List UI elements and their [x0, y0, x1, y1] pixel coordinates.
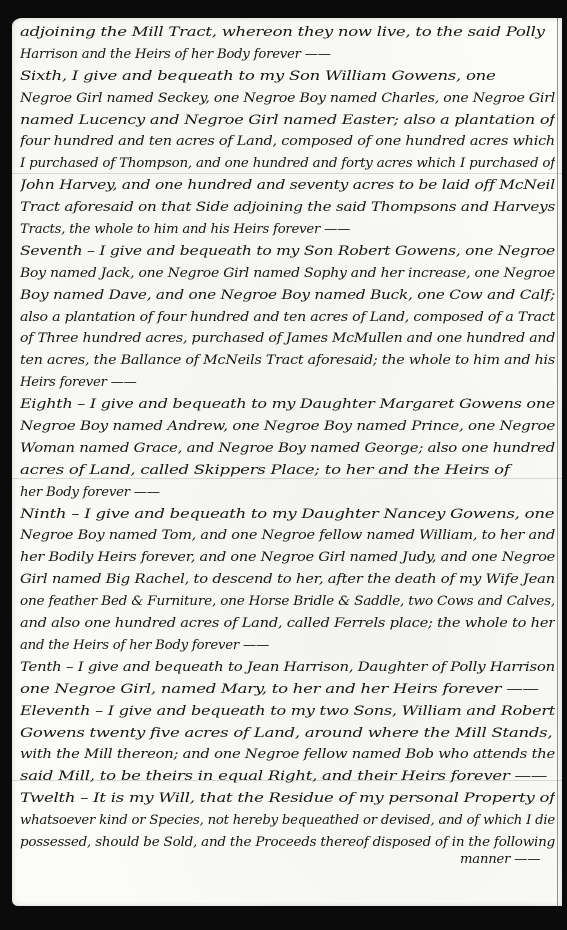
- text-line: Sixth, I give and bequeath to my Son Wil…: [20, 66, 555, 88]
- text-line: acres of Land, called Skippers Place; to…: [20, 460, 555, 482]
- text-line: ten acres, the Ballance of McNeils Tract…: [20, 350, 555, 372]
- text-line: Tenth – I give and bequeath to Jean Harr…: [20, 657, 555, 679]
- text-line: one Negroe Girl, named Mary, to her and …: [20, 679, 555, 701]
- scanned-document: adjoining the Mill Tract, whereon they n…: [0, 0, 567, 930]
- text-line: Harrison and the Heirs of her Body forev…: [20, 44, 555, 66]
- text-line: her Bodily Heirs forever, and one Negroe…: [20, 547, 555, 569]
- handwritten-text: adjoining the Mill Tract, whereon they n…: [20, 22, 555, 868]
- page-fold-vertical: [557, 18, 558, 906]
- text-line: Negroe Girl named Seckey, one Negroe Boy…: [20, 88, 555, 110]
- text-line: Gowens twenty five acres of Land, around…: [20, 723, 555, 745]
- text-line: one feather Bed & Furniture, one Horse B…: [20, 591, 555, 613]
- text-line: Woman named Grace, and Negroe Boy named …: [20, 438, 555, 460]
- text-line: manner ——: [20, 854, 555, 868]
- text-line: Negroe Boy named Tom, and one Negroe fel…: [20, 525, 555, 547]
- text-line: four hundred and ten acres of Land, comp…: [20, 131, 555, 153]
- text-line: Twelth – It is my Will, that the Residue…: [20, 788, 555, 810]
- text-line: adjoining the Mill Tract, whereon they n…: [20, 22, 555, 44]
- text-line: Ninth – I give and bequeath to my Daught…: [20, 504, 555, 526]
- text-line: Seventh – I give and bequeath to my Son …: [20, 241, 555, 263]
- text-line: and the Heirs of her Body forever ——: [20, 635, 555, 657]
- text-line: named Lucency and Negroe Girl named East…: [20, 110, 555, 132]
- text-line: John Harvey, and one hundred and seventy…: [20, 175, 555, 197]
- text-line: I purchased of Thompson, and one hundred…: [20, 153, 555, 175]
- text-line: and also one hundred acres of Land, call…: [20, 613, 555, 635]
- text-line: also a plantation of four hundred and te…: [20, 307, 555, 329]
- text-line: Heirs forever ——: [20, 372, 555, 394]
- text-line: said Mill, to be theirs in equal Right, …: [20, 766, 555, 788]
- text-line: Boy named Jack, one Negroe Girl named So…: [20, 263, 555, 285]
- text-line: possessed, should be Sold, and the Proce…: [20, 832, 555, 854]
- text-line: Tract aforesaid on that Side adjoining t…: [20, 197, 555, 219]
- text-line: Tracts, the whole to him and his Heirs f…: [20, 219, 555, 241]
- manuscript-page: adjoining the Mill Tract, whereon they n…: [12, 18, 562, 906]
- text-line: her Body forever ——: [20, 482, 555, 504]
- text-line: with the Mill thereon; and one Negroe fe…: [20, 744, 555, 766]
- text-line: Girl named Big Rachel, to descend to her…: [20, 569, 555, 591]
- text-line: Negroe Boy named Andrew, one Negroe Boy …: [20, 416, 555, 438]
- text-line: Eleventh – I give and bequeath to my two…: [20, 701, 555, 723]
- text-line: Eighth – I give and bequeath to my Daugh…: [20, 394, 555, 416]
- text-line: Boy named Dave, and one Negroe Boy named…: [20, 285, 555, 307]
- text-line: of Three hundred acres, purchased of Jam…: [20, 328, 555, 350]
- text-line: whatsoever kind or Species, not hereby b…: [20, 810, 555, 832]
